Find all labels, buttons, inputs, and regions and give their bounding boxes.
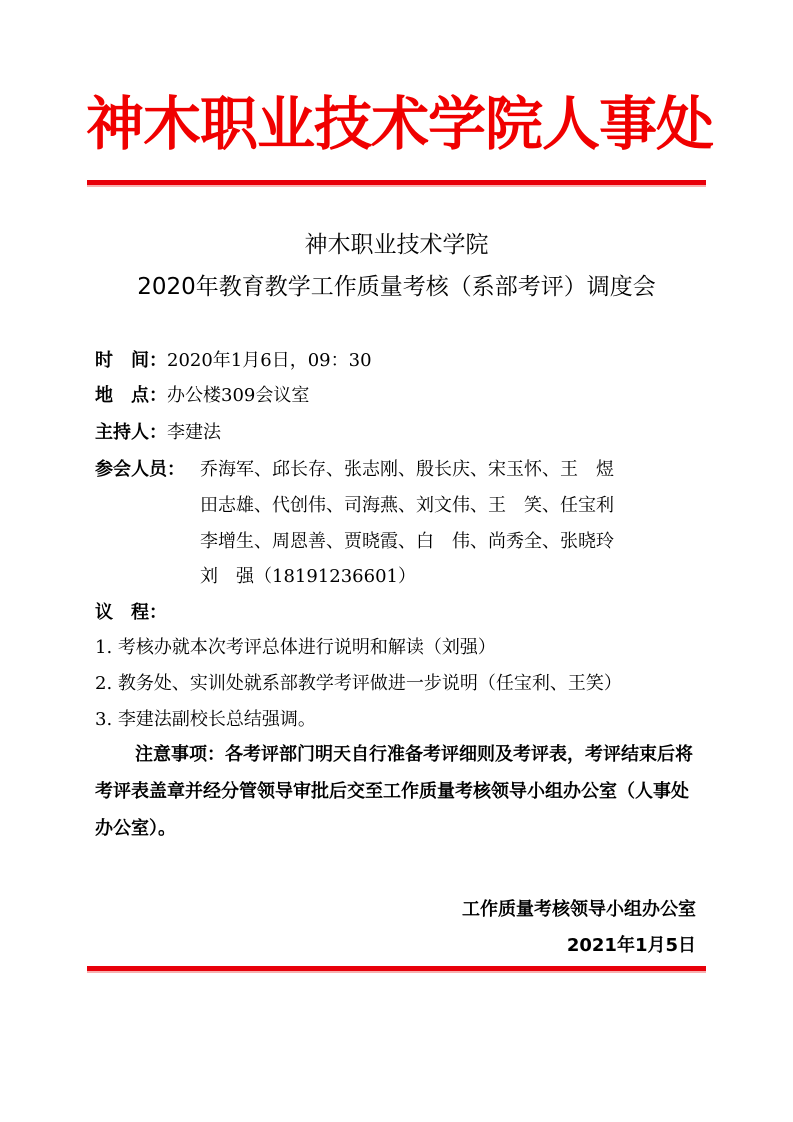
agenda-item: 3. 李建法副校长总结强调。 <box>95 705 316 735</box>
letterhead-rule-bottom <box>87 966 706 971</box>
time-label: 时 间： <box>95 346 167 376</box>
notice-paragraph: 注意事项：各考评部门明天自行准备考评细则及考评表，考评结束后将考评表盖章并经分管… <box>95 736 705 847</box>
agenda-label-text: 议 程： <box>95 598 167 628</box>
agenda-item: 2. 教务处、实训处就系部教学考评做进一步说明（任宝利、王笑） <box>95 669 622 699</box>
attendees-label: 参会人员： <box>95 455 185 485</box>
agenda-item: 1. 考核办就本次考评总体进行说明和解读（刘强） <box>95 633 496 663</box>
place-value: 办公楼309会议室 <box>167 385 309 406</box>
host-label: 主持人： <box>95 418 167 448</box>
time-value: 2020年1月6日，09：30 <box>167 350 372 371</box>
letterhead-rule-top <box>87 180 706 185</box>
meeting-attendees: 参会人员： <box>95 455 185 485</box>
signature-date: 2021年1月5日 <box>567 931 696 961</box>
document-title-line2: 2020年教育教学工作质量考核（系部考评）调度会 <box>0 269 793 305</box>
place-label: 地 点： <box>95 381 167 411</box>
meeting-place: 地 点：办公楼309会议室 <box>95 381 309 411</box>
meeting-host: 主持人：李建法 <box>95 418 221 448</box>
meeting-time: 时 间：2020年1月6日，09：30 <box>95 346 372 376</box>
agenda-label: 议 程： <box>95 598 167 628</box>
attendee-line: 田志雄、代创伟、司海燕、刘文伟、王 笑、任宝利 <box>200 491 614 521</box>
document-title-line1: 神木职业技术学院 <box>0 227 793 263</box>
attendee-line: 李增生、周恩善、贾晓霞、白 伟、尚秀全、张晓玲 <box>200 527 614 557</box>
attendee-line: 刘 强（18191236601） <box>200 562 416 592</box>
signature-office: 工作质量考核领导小组办公室 <box>462 895 696 925</box>
host-value: 李建法 <box>167 422 221 443</box>
letterhead-title: 神木职业技术学院人事处 <box>86 88 710 160</box>
attendee-line: 乔海军、邱长存、张志刚、殷长庆、宋玉怀、王 煜 <box>200 455 614 485</box>
